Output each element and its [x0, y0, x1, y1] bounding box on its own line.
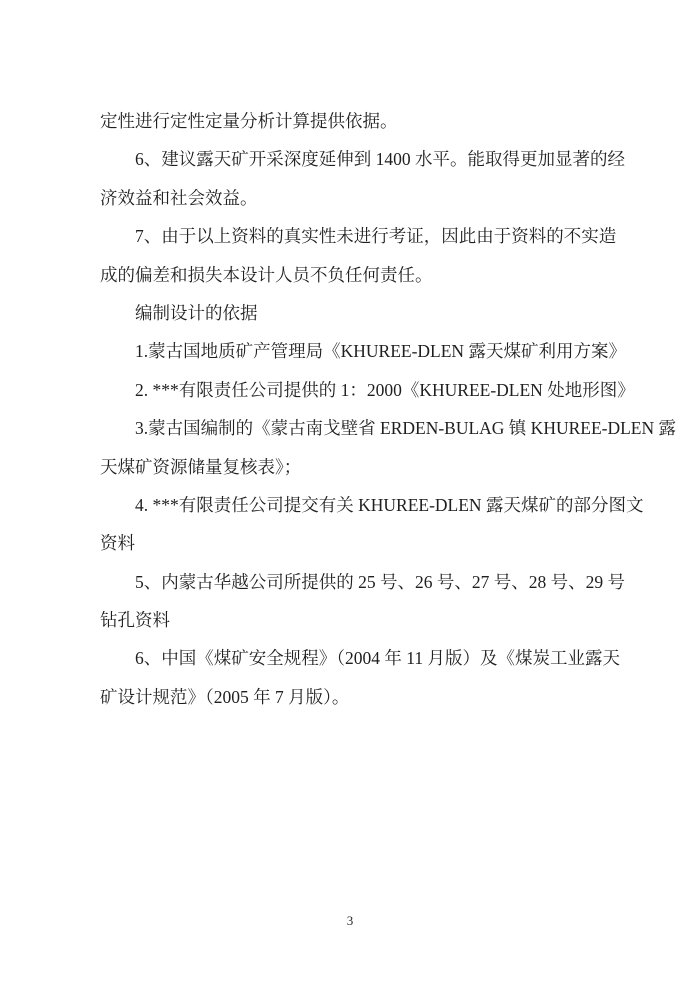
text-line: 钻孔资料 [100, 601, 600, 639]
text-line: 1.蒙古国地质矿产管理局《KHUREE-DLEN 露天煤矿利用方案》 [100, 332, 600, 370]
text-line: 2. ***有限责任公司提供的 1：2000《KHUREE-DLEN 处地形图》 [100, 371, 600, 409]
section-heading-line: 编制设计的依据 [100, 294, 600, 332]
text-line: 7、由于以上资料的真实性未进行考证，因此由于资料的不实造 [100, 217, 600, 255]
text-line: 成的偏差和损失本设计人员不负任何责任。 [100, 256, 600, 294]
text-line: 济效益和社会效益。 [100, 179, 600, 217]
text-line: 6、中国《煤矿安全规程》（2004 年 11 月版）及《煤炭工业露天 [100, 639, 600, 677]
text-line: 3.蒙古国编制的《蒙古南戈壁省 ERDEN-BULAG 镇 KHUREE-DLE… [100, 409, 600, 447]
page-number: 3 [0, 913, 700, 929]
text-line: 定性进行定性定量分析计算提供依据。 [100, 102, 600, 140]
text-line: 6、建议露天矿开采深度延伸到 1400 水平。能取得更加显著的经 [100, 140, 600, 178]
text-line: 天煤矿资源储量复核表》； [100, 448, 600, 486]
text-line: 矿设计规范》（2005 年 7 月版）。 [100, 678, 600, 716]
text-line: 5、内蒙古华越公司所提供的 25 号、26 号、27 号、28 号、29 号 [100, 563, 600, 601]
text-line: 4. ***有限责任公司提交有关 KHUREE-DLEN 露天煤矿的部分图文 [100, 486, 600, 524]
document-page: 定性进行定性定量分析计算提供依据。 6、建议露天矿开采深度延伸到 1400 水平… [0, 0, 700, 990]
page-body-text: 定性进行定性定量分析计算提供依据。 6、建议露天矿开采深度延伸到 1400 水平… [100, 102, 600, 716]
text-line: 资料 [100, 524, 600, 562]
